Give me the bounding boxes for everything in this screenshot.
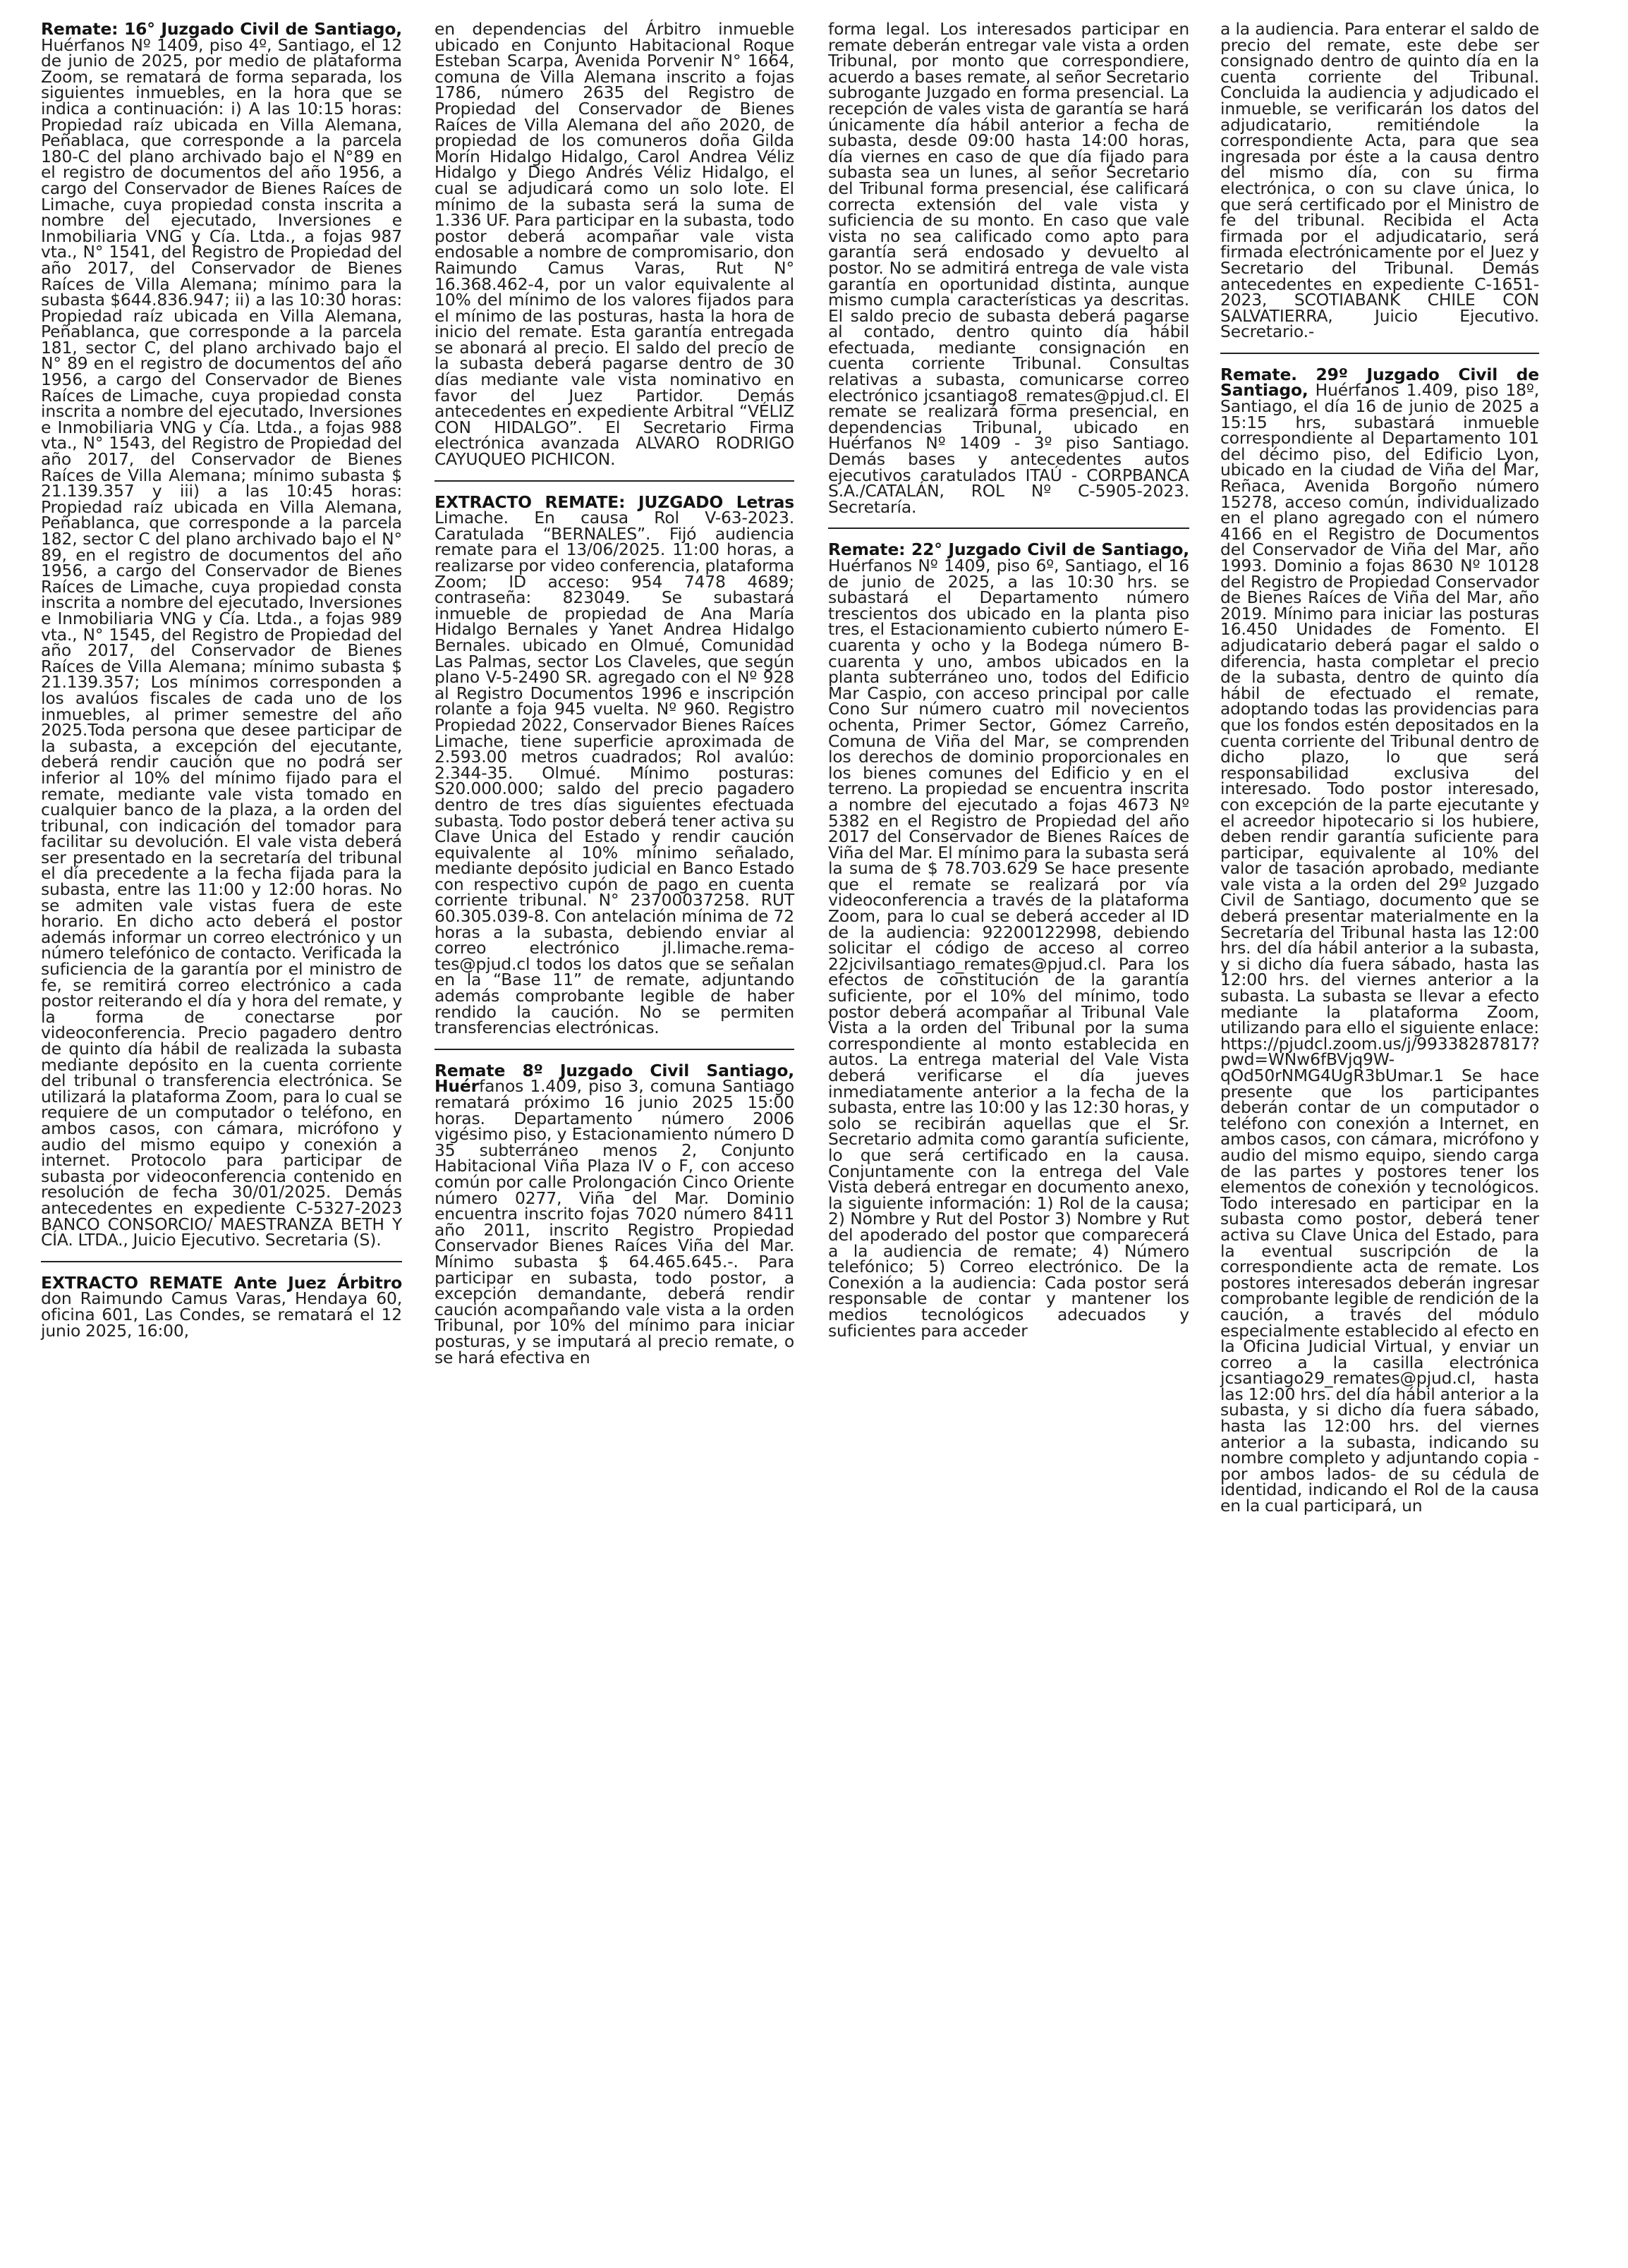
notice-text: Remate: 16° Juzgado Civil de Santiago, H… bbox=[41, 21, 402, 1248]
notice-text: EXTRACTO REMATE Ante Juez Árbitro don Ra… bbox=[41, 1275, 402, 1339]
notice-body: don Raimundo Camus Varas, Hendaya 60, of… bbox=[41, 1288, 402, 1340]
notice-text: Remate 8º Juzgado Civil Santiago, Huérfa… bbox=[435, 1063, 794, 1365]
notice-8-juzgado-continuation: forma legal. Los interesados participar … bbox=[828, 21, 1189, 515]
notice-extracto-remate-juzgado-letras-limache: EXTRACTO REMATE: JUZGADO Letras Limache.… bbox=[435, 494, 794, 1036]
notice-22-juzgado-continuation: a la audiencia. Para enterar el saldo de… bbox=[1220, 21, 1539, 340]
notice-extracto-remate-juez-arbitro: EXTRACTO REMATE Ante Juez Árbitro don Ra… bbox=[41, 1275, 402, 1339]
column-4: a la audiencia. Para enterar el saldo de… bbox=[1220, 21, 1539, 1514]
notice-body: Limache. En causa Rol V-63-2023. Caratul… bbox=[435, 508, 794, 1037]
notice-text: forma legal. Los interesados participar … bbox=[828, 21, 1189, 515]
notice-body: fanos 1.409, piso 3, comuna Santiago rem… bbox=[435, 1076, 794, 1367]
notice-remate-8-juzgado-civil: Remate 8º Juzgado Civil Santiago, Huérfa… bbox=[435, 1063, 794, 1365]
divider bbox=[435, 480, 794, 482]
notice-body: Huérfanos Nº 1409, piso 4º, Santiago, el… bbox=[41, 35, 402, 1250]
notice-body: forma legal. Los interesados participar … bbox=[828, 19, 1189, 517]
notice-text: Remate: 22° Juzgado Civil de Santiago, H… bbox=[828, 542, 1189, 1339]
divider bbox=[1220, 353, 1539, 354]
notice-text: Remate. 29º Juzgado Civil de Santiago, H… bbox=[1220, 367, 1539, 1514]
column-3: forma legal. Los interesados participar … bbox=[828, 21, 1189, 1339]
divider bbox=[828, 528, 1189, 529]
notice-remate-22-juzgado-civil: Remate: 22° Juzgado Civil de Santiago, H… bbox=[828, 542, 1189, 1339]
column-2: en dependencias del Árbitro inmueble ubi… bbox=[435, 21, 794, 1365]
notice-remate-29-juzgado-civil: Remate. 29º Juzgado Civil de Santiago, H… bbox=[1220, 367, 1539, 1514]
notice-text: EXTRACTO REMATE: JUZGADO Letras Limache.… bbox=[435, 494, 794, 1036]
notice-body: en dependencias del Árbitro inmueble ubi… bbox=[435, 19, 794, 469]
notice-text: en dependencias del Árbitro inmueble ubi… bbox=[435, 21, 794, 468]
notice-arbitro-continuation: en dependencias del Árbitro inmueble ubi… bbox=[435, 21, 794, 468]
column-1: Remate: 16° Juzgado Civil de Santiago, H… bbox=[41, 21, 402, 1339]
divider bbox=[41, 1261, 402, 1262]
notice-body: a la audiencia. Para enterar el saldo de… bbox=[1220, 19, 1539, 341]
divider bbox=[435, 1049, 794, 1050]
notice-text: a la audiencia. Para enterar el saldo de… bbox=[1220, 21, 1539, 340]
classifieds-page: Remate: 16° Juzgado Civil de Santiago, H… bbox=[0, 0, 1628, 2268]
notice-body: Huérfanos Nº 1409, piso 6º, Santiago, el… bbox=[828, 556, 1189, 1341]
notice-body: Huérfanos 1.409, piso 18º, Santiago, el … bbox=[1220, 380, 1540, 1516]
notice-remate-16-juzgado-civil: Remate: 16° Juzgado Civil de Santiago, H… bbox=[41, 21, 402, 1248]
